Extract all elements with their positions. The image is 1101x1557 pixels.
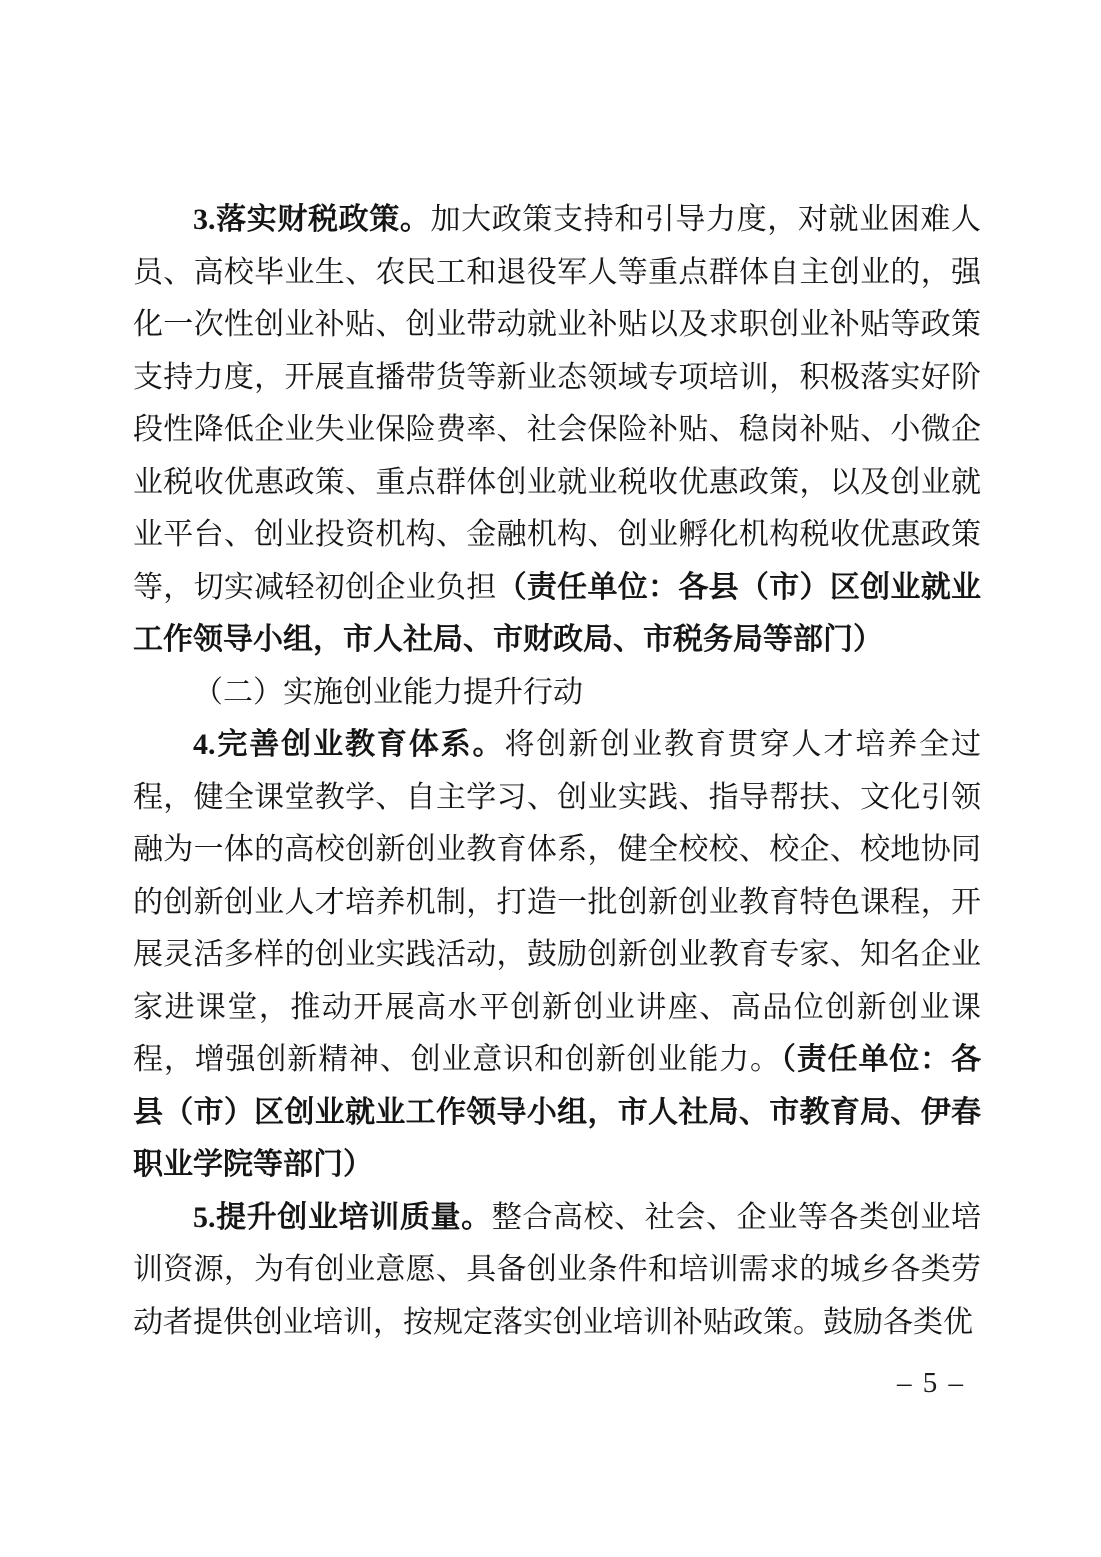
item-4-body-text: 将创新创业教育贯穿人才培养全过程，健全课堂教学、自主学习、创业实践、指导帮扶、文… [133, 728, 981, 1076]
item-3-body-text: 加大政策支持和引导力度，对就业困难人员、高校毕业生、农民工和退役军人等重点群体自… [133, 203, 981, 604]
paragraph-item-3: 3.落实财税政策。加大政策支持和引导力度，对就业困难人员、高校毕业生、农民工和退… [133, 194, 981, 667]
item-3-heading: 3.落实财税政策。 [193, 203, 430, 236]
document-page: 3.落实财税政策。加大政策支持和引导力度，对就业困难人员、高校毕业生、农民工和退… [0, 0, 1101, 1557]
paragraph-item-4: 4.完善创业教育体系。将创新创业教育贯穿人才培养全过程，健全课堂教学、自主学习、… [133, 719, 981, 1192]
paragraph-item-5: 5.提升创业培训质量。整合高校、社会、企业等各类创业培训资源，为有创业意愿、具备… [133, 1192, 981, 1350]
section-heading-2-label: （二）实施创业能力提升行动 [193, 676, 583, 709]
item-4-heading: 4.完善创业教育体系。 [193, 728, 504, 761]
page-number: – 5 – [897, 1366, 965, 1400]
section-heading-2: （二）实施创业能力提升行动 [133, 667, 981, 720]
document-body: 3.落实财税政策。加大政策支持和引导力度，对就业困难人员、高校毕业生、农民工和退… [133, 194, 981, 1349]
item-5-heading: 5.提升创业培训质量。 [193, 1201, 492, 1234]
